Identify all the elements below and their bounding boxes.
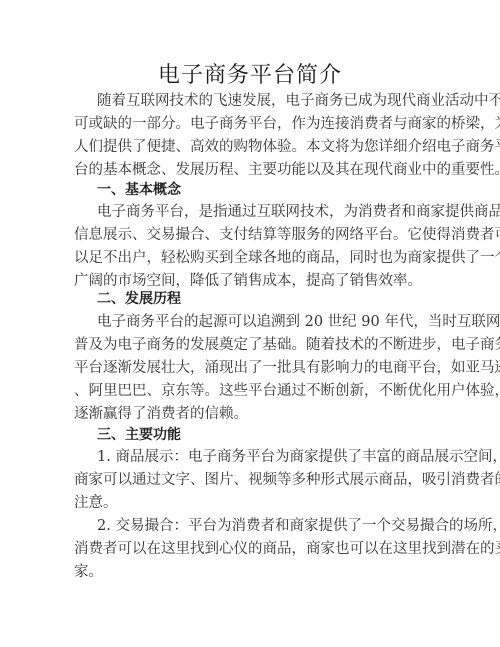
section-heading-main-functions: 三、主要功能 [97, 425, 181, 445]
paragraph-line: 以足不出户，轻松购买到全球各地的商品，同时也为商家提供了一个 [74, 248, 416, 268]
paragraph-line: 电子商务平台，是指通过互联网技术，为消费者和商家提供商品 [97, 202, 416, 222]
document-page: 电子商务平台简介 随着互联网技术的飞速发展，电子商务已成为现代商业活动中不 可或… [0, 0, 500, 647]
paragraph-line: 电子商务平台的起源可以追溯到 20 世纪 90 年代，当时互联网的 [97, 312, 416, 332]
paragraph-line: 台的基本概念、发展历程、主要功能以及其在现代商业中的重要性。 [74, 160, 416, 180]
paragraph-line: 消费者可以在这里找到心仪的商品，商家也可以在这里找到潜在的买 [74, 539, 416, 559]
paragraph-line: 随着互联网技术的飞速发展，电子商务已成为现代商业活动中不 [97, 91, 416, 111]
paragraph-line: 1. 商品展示：电子商务平台为商家提供了丰富的商品展示空间， [97, 447, 416, 467]
paragraph-line: 可或缺的一部分。电子商务平台，作为连接消费者与商家的桥梁，为 [74, 114, 416, 134]
section-heading-basic-concept: 一、基本概念 [97, 180, 181, 200]
paragraph-line: 信息展示、交易撮合、支付结算等服务的网络平台。它使得消费者可 [74, 225, 416, 245]
paragraph-line: 普及为电子商务的发展奠定了基础。随着技术的不断进步，电子商务 [74, 335, 416, 355]
paragraph-line: 家。 [74, 562, 416, 582]
document-title: 电子商务平台简介 [0, 58, 500, 89]
paragraph-line: 人们提供了便捷、高效的购物体验。本文将为您详细介绍电子商务平 [74, 137, 416, 157]
paragraph-line: 平台逐渐发展壮大，涌现出了一批具有影响力的电商平台，如亚马逊 [74, 358, 416, 378]
paragraph-line: 广阔的市场空间，降低了销售成本，提高了销售效率。 [74, 271, 416, 291]
paragraph-line: 商家可以通过文字、图片、视频等多种形式展示商品，吸引消费者的 [74, 470, 416, 490]
paragraph-line: 、阿里巴巴、京东等。这些平台通过不断创新，不断优化用户体验， [74, 381, 416, 401]
paragraph-line: 逐渐赢得了消费者的信赖。 [74, 404, 416, 424]
section-heading-history: 二、发展历程 [97, 289, 181, 309]
paragraph-line: 2. 交易撮合：平台为消费者和商家提供了一个交易撮合的场所， [97, 516, 416, 536]
paragraph-line: 注意。 [74, 493, 416, 513]
